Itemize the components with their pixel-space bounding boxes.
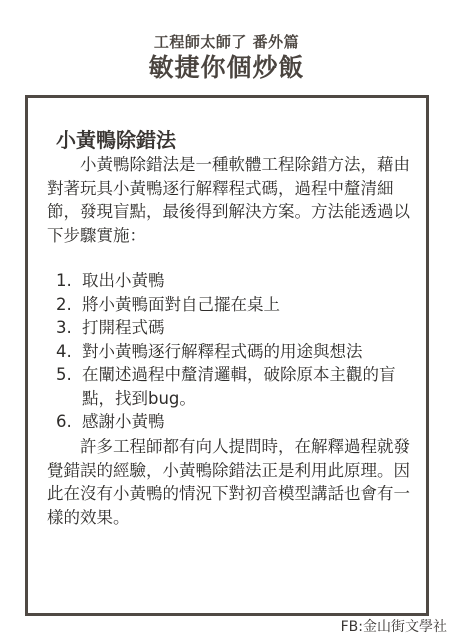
intro-paragraph: 小黃鴨除錯法是一種軟體工程除錯方法，藉由對著玩具小黃鴨逐行解釋程式碼，過程中釐清…: [47, 153, 422, 247]
step-number: 3.: [56, 316, 82, 340]
step-item: 1. 取出小黃鴨: [56, 269, 416, 293]
step-item: 5. 在闡述過程中釐清邏輯，破除原本主觀的盲點，找到bug。: [56, 363, 416, 410]
section-heading: 小黃鴨除錯法: [56, 124, 176, 153]
credit-text: FB:金山街文學社: [341, 616, 447, 636]
page-title: 敏捷你個炒飯: [0, 48, 453, 84]
step-number: 6.: [56, 410, 82, 434]
step-text: 取出小黃鴨: [82, 269, 416, 293]
step-item: 4. 對小黃鴨逐行解釋程式碼的用途與想法: [56, 340, 416, 364]
content-box: 小黃鴨除錯法 小黃鴨除錯法是一種軟體工程除錯方法，藉由對著玩具小黃鴨逐行解釋程式…: [25, 95, 429, 616]
step-text: 在闡述過程中釐清邏輯，破除原本主觀的盲點，找到bug。: [82, 363, 416, 410]
step-text: 感謝小黃鴨: [82, 410, 416, 434]
step-number: 4.: [56, 340, 82, 364]
closing-paragraph: 許多工程師都有向人提問時，在解釋過程就發覺錯誤的經驗，小黃鴨除錯法正是利用此原理…: [47, 435, 422, 529]
step-item: 6. 感謝小黃鴨: [56, 410, 416, 434]
steps-list: 1. 取出小黃鴨 2. 將小黃鴨面對自己擺在桌上 3. 打開程式碼 4. 對小黃…: [56, 269, 416, 434]
step-item: 2. 將小黃鴨面對自己擺在桌上: [56, 293, 416, 317]
step-item: 3. 打開程式碼: [56, 316, 416, 340]
step-text: 打開程式碼: [82, 316, 416, 340]
step-number: 1.: [56, 269, 82, 293]
step-number: 2.: [56, 293, 82, 317]
step-text: 將小黃鴨面對自己擺在桌上: [82, 293, 416, 317]
step-number: 5.: [56, 363, 82, 410]
step-text: 對小黃鴨逐行解釋程式碼的用途與想法: [82, 340, 416, 364]
